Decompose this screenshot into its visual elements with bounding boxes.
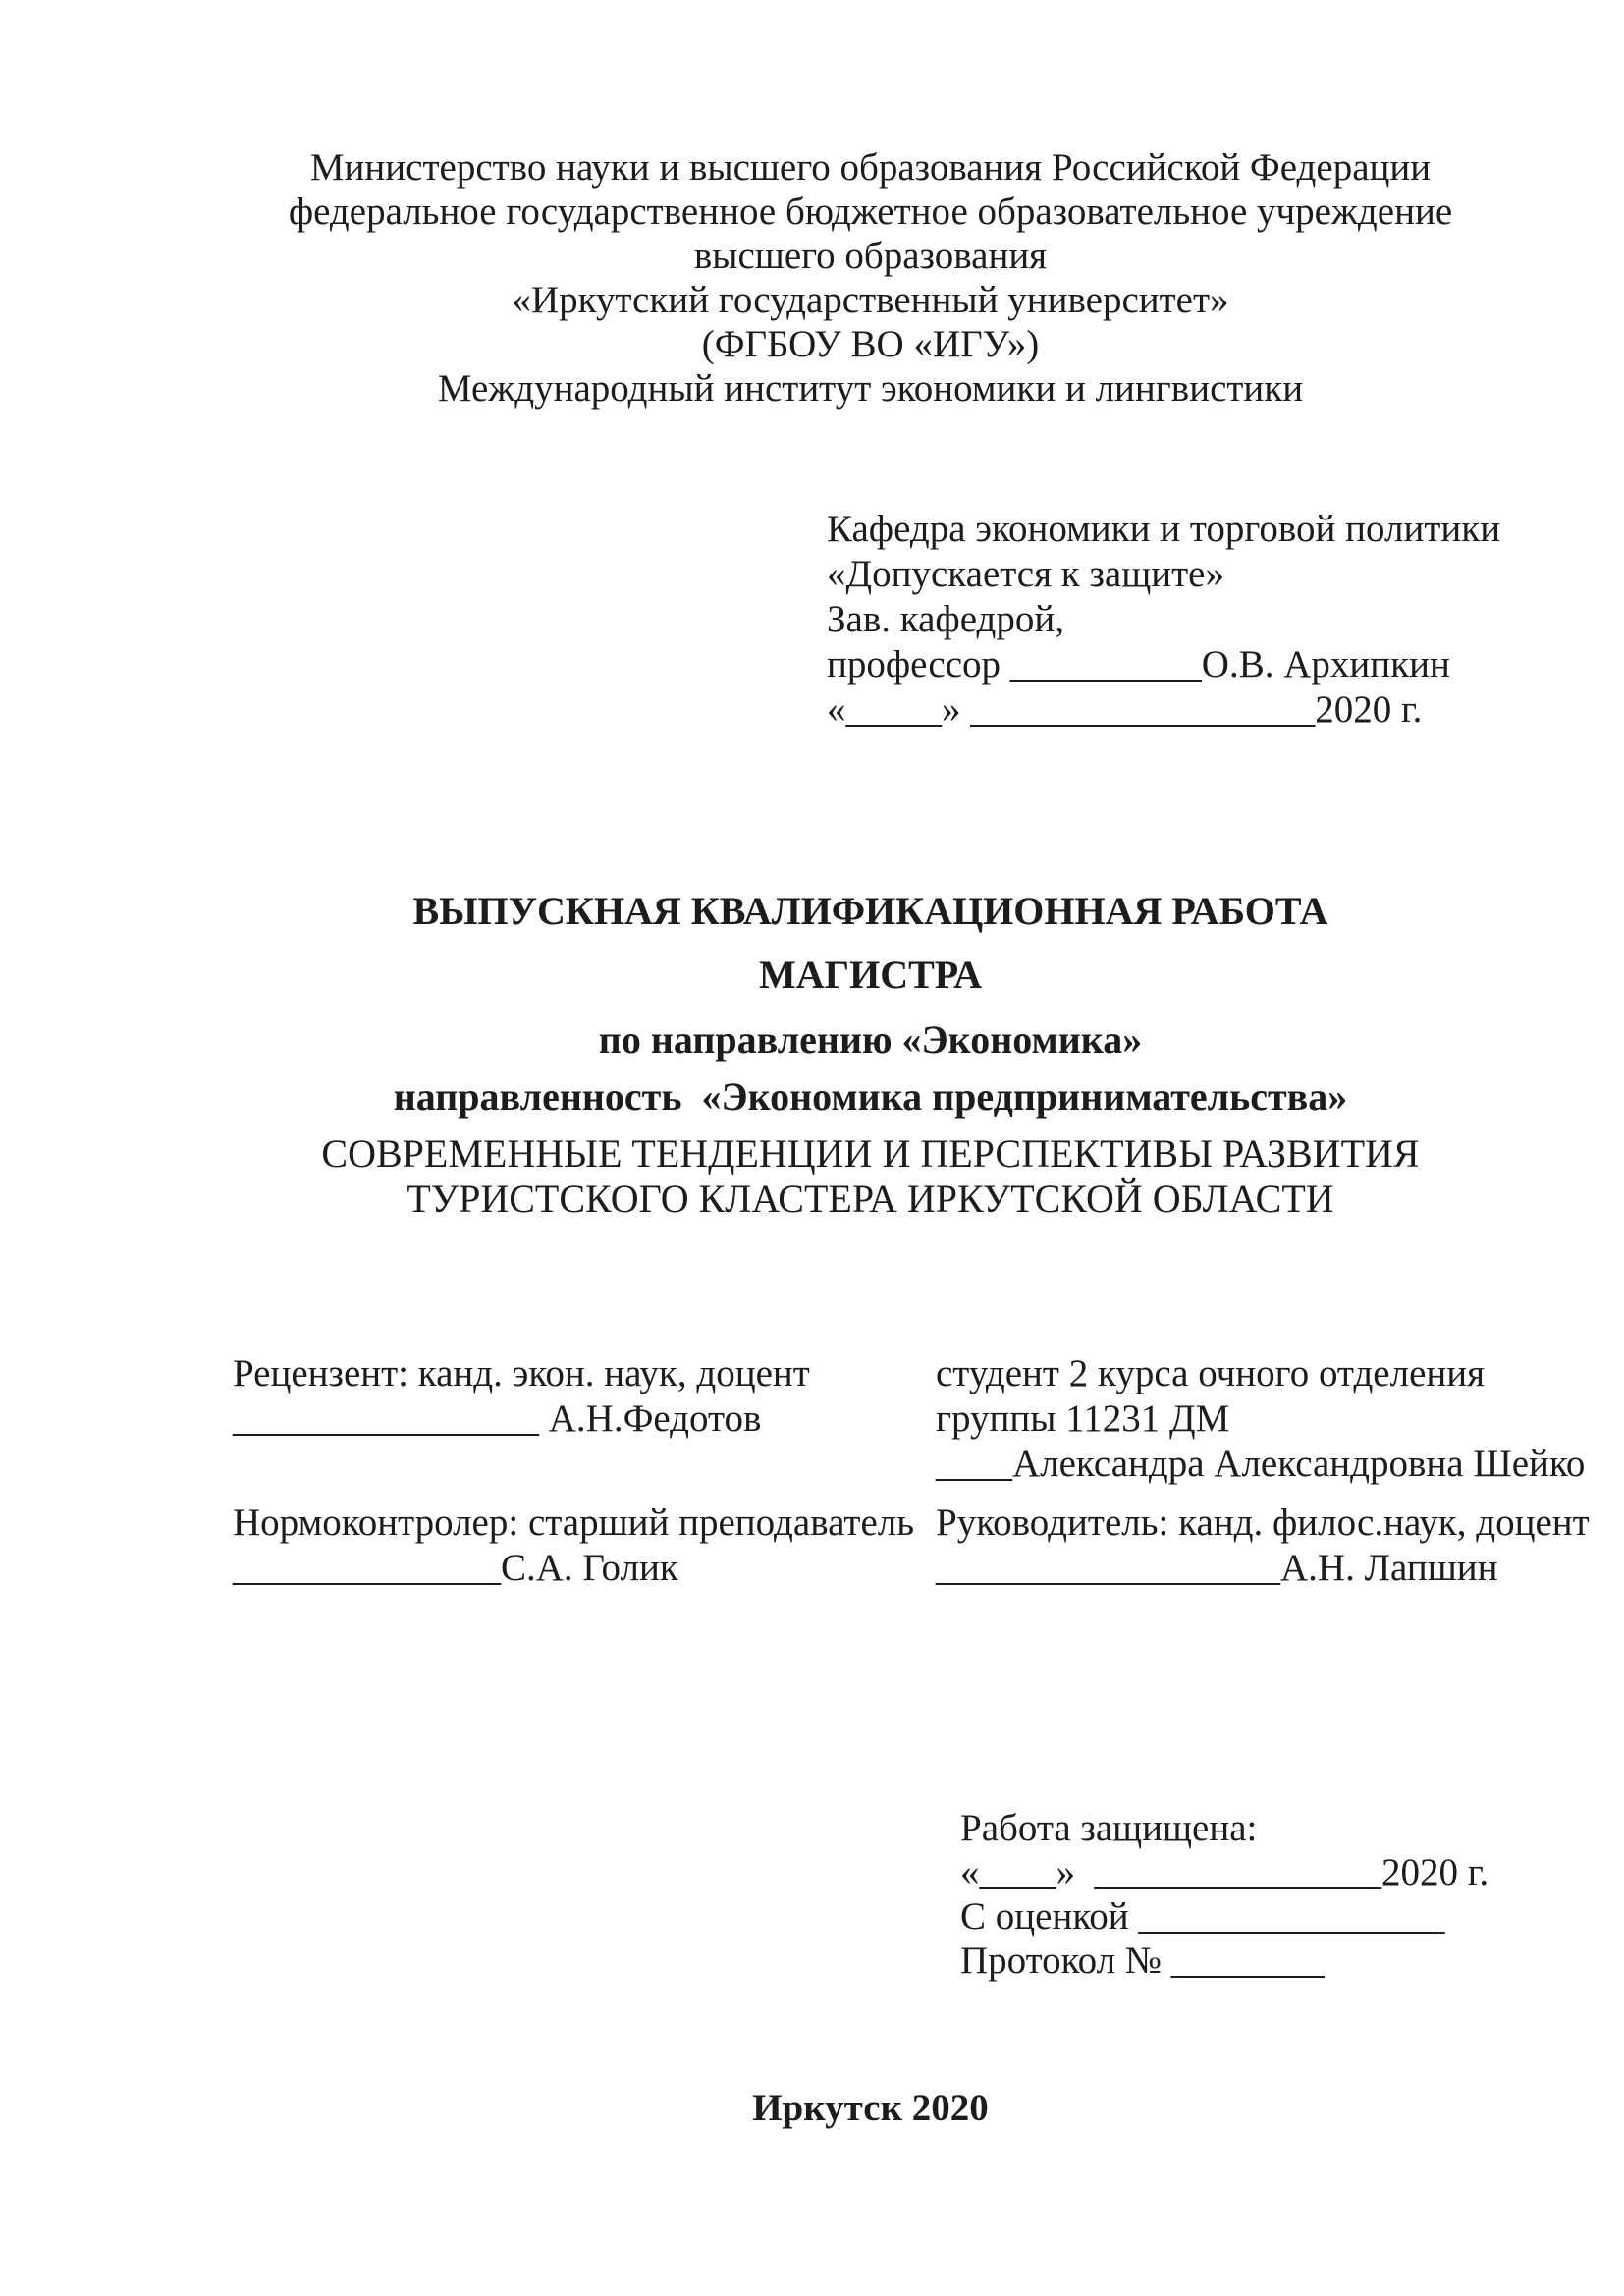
supervisor-signature-line: __________________А.Н. Лапшин <box>936 1546 1590 1591</box>
university-abbr-line: (ФГБОУ ВО «ИГУ») <box>233 322 1508 366</box>
work-defended-line: Работа защищена: <box>960 1806 1489 1850</box>
specialization-line: направленность «Экономика предпринимател… <box>233 1074 1508 1120</box>
reviewer-signature-line: ________________ А.Н.Федотов <box>233 1396 810 1442</box>
normcontrol-role-line: Нормоконтролер: старший преподаватель <box>233 1501 914 1546</box>
student-block: студент 2 курса очного отделения группы … <box>936 1351 1585 1487</box>
department-name-line: Кафедра экономики и торговой политики <box>827 507 1500 552</box>
defense-result-block: Работа защищена: «____» _______________2… <box>960 1806 1489 1983</box>
professor-signature-line: профессор __________О.В. Архипкин <box>827 642 1500 687</box>
city-year-footer: Иркутск 2020 <box>233 2086 1508 2130</box>
defense-date-line: «____» _______________2020 г. <box>960 1850 1489 1894</box>
approval-date-line: «_____» __________________2020 г. <box>827 687 1500 733</box>
work-type-title: ВЫПУСКНАЯ КВАЛИФИКАЦИОННАЯ РАБОТА <box>233 889 1508 934</box>
higher-education-line: высшего образования <box>233 234 1508 278</box>
institution-type-line: федеральное государственное бюджетное об… <box>233 190 1508 234</box>
admitted-to-defense-line: «Допускается к защите» <box>827 552 1500 597</box>
degree-title: МАГИСТРА <box>233 953 1508 998</box>
city-year-text: Иркутск 2020 <box>752 2087 989 2129</box>
thesis-title-page: Министерство науки и высшего образования… <box>0 0 1624 2296</box>
institute-name-line: Международный институт экономики и лингв… <box>233 366 1508 410</box>
normcontrol-block: Нормоконтролер: старший преподаватель __… <box>233 1501 914 1591</box>
department-approval-block: Кафедра экономики и торговой политики «Д… <box>827 507 1500 733</box>
ministry-line: Министерство науки и высшего образования… <box>233 145 1508 190</box>
reviewer-role-line: Рецензент: канд. экон. наук, доцент <box>233 1351 810 1396</box>
normcontrol-signature-line: ______________С.А. Голик <box>233 1546 914 1591</box>
student-course-line: студент 2 курса очного отделения <box>936 1351 1585 1396</box>
student-name-line: ____Александра Александровна Шейко <box>936 1442 1585 1487</box>
direction-line: по направлению «Экономика» <box>233 1017 1508 1063</box>
reviewer-block: Рецензент: канд. экон. наук, доцент ____… <box>233 1351 810 1442</box>
thesis-title-line-2: ТУРИСТСКОГО КЛАСТЕРА ИРКУТСКОЙ ОБЛАСТИ <box>233 1176 1508 1222</box>
institution-header: Министерство науки и высшего образования… <box>233 145 1508 410</box>
protocol-line: Протокол № ________ <box>960 1939 1489 1983</box>
supervisor-role-line: Руководитель: канд. филос.наук, доцент <box>936 1501 1590 1546</box>
work-title-block: ВЫПУСКНАЯ КВАЛИФИКАЦИОННАЯ РАБОТА МАГИСТ… <box>233 889 1508 1222</box>
grade-line: С оценкой ________________ <box>960 1894 1489 1939</box>
supervisor-block: Руководитель: канд. филос.наук, доцент _… <box>936 1501 1590 1591</box>
head-of-department-line: Зав. кафедрой, <box>827 597 1500 642</box>
university-name-line: «Иркутский государственный университет» <box>233 278 1508 322</box>
thesis-title-line-1: СОВРЕМЕННЫЕ ТЕНДЕНЦИИ И ПЕРСПЕКТИВЫ РАЗВ… <box>233 1131 1508 1176</box>
student-group-line: группы 11231 ДМ <box>936 1396 1585 1442</box>
